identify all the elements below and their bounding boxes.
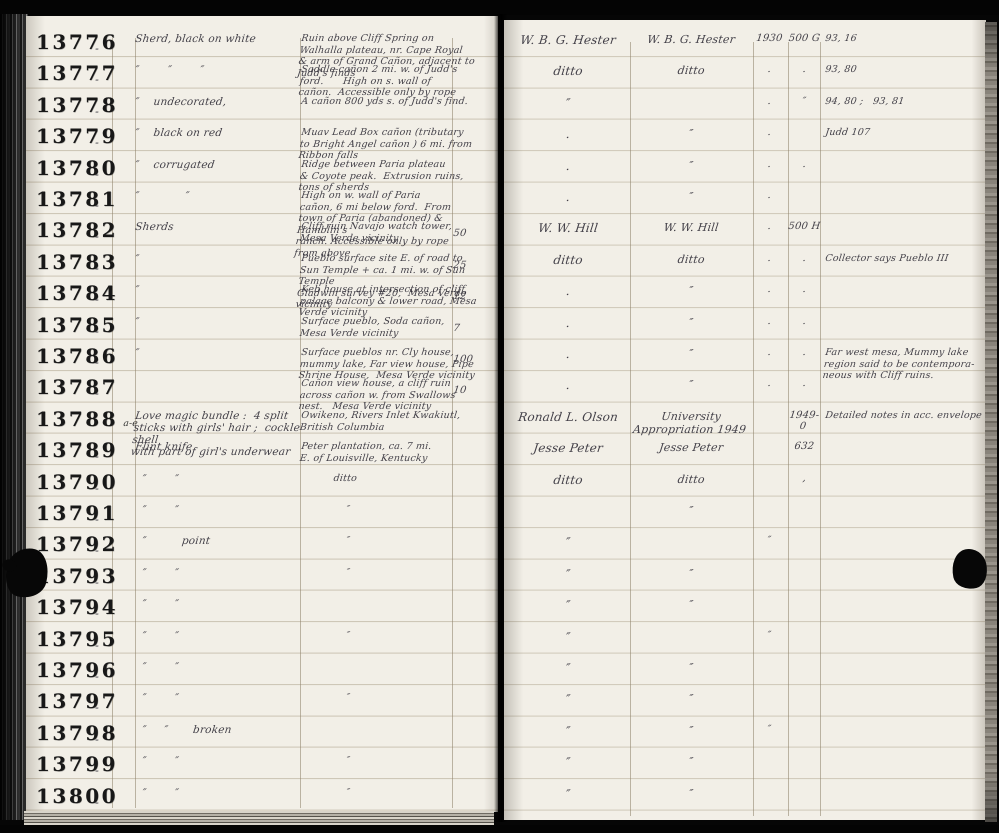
entry-check-mark: - [94,796,116,809]
entry-check-mark: - [94,701,116,714]
ledger-row: ditto ditto . . 93, 80 [504,61,986,92]
object-description: ″ ″ [135,190,304,202]
ledger-row: 13792 - ″ point ″ [26,532,498,563]
book-spine-page-edges [0,14,28,820]
photo-bottom-border [0,825,999,833]
entry-check-mark: - [94,639,116,652]
entry-check-mark: - [94,105,116,118]
specimen-count: 100 [453,354,490,365]
photo-top-border [0,0,999,15]
ledger-row: Ronald L. Olson University Appropriation… [504,407,986,438]
entry-check-mark: - [94,136,116,149]
ledger-row: ″ ″ [504,627,986,658]
received-from: ditto [628,473,754,486]
object-description: ″ ″ broken [135,724,304,736]
locality: Peter plantation, ca. 7 mi. E. of Louisv… [299,441,480,464]
object-description: ″ black on red [135,127,304,139]
accession-number: 632 [787,441,822,452]
collector-name: . [506,316,630,330]
entry-check-mark: - [94,764,116,777]
ledger-row: . ″ . [504,187,986,218]
entry-check-mark: - [94,387,116,400]
received-from: W. B. G. Hester [628,33,754,46]
remarks: Detailed notes in acc. envelope [825,410,992,422]
year: ″ [753,630,786,641]
collector-name: ″ [506,630,630,644]
object-description: ″ [135,347,304,359]
year: . [753,127,786,138]
collector-name: Ronald L. Olson [506,410,630,424]
year: . [753,221,786,232]
year: . [753,96,786,107]
received-from: ″ [628,190,754,203]
locality: A cañon 800 yds s. of Judd's find. [301,96,480,108]
entry-check-mark: - [94,513,116,526]
received-from: ″ [628,692,754,705]
accession-number: 500 H [787,221,822,232]
received-from: ″ [628,378,754,391]
accession-number: , [787,473,822,484]
ledger-row: 13796 - ″ ″ [26,658,498,689]
ledger-row: 13777 - ″ ″ ″ Saddle cañon 2 mi. w. of J… [26,61,498,92]
received-from: ″ [628,284,754,297]
entry-check-mark: - [94,230,116,243]
ledger-right-page: W. B. G. Hester W. B. G. Hester 1930 500… [504,20,986,820]
ledger-row: 13794 - ″ ″ [26,595,498,626]
entry-check-mark: - [94,450,116,463]
object-description: ″ undecorated, [135,96,304,108]
entry-check-mark: - [94,199,116,212]
ledger-row: ditto ditto , [504,470,986,501]
object-description: ″ ″ [135,504,304,516]
ledger-row: 13800 - ″ ″ ″ [26,784,498,815]
entry-check-mark: - [94,576,116,589]
year: . [753,159,786,170]
collector-name: . [506,159,630,173]
page-fore-edge [985,22,997,822]
year: . [753,253,786,264]
ledger-row: . ″ . . [504,375,986,406]
entry-check-mark: - [94,544,116,557]
locality: ditto [301,473,480,485]
entry-check-mark: - [94,73,116,86]
received-from: ″ [628,504,754,517]
locality: Owikeno, Rivers Inlet Kwakiutl, British … [299,410,480,433]
remarks: 93, 80 [825,64,992,76]
entry-check-mark: - [94,42,116,55]
locality: ″ [301,755,480,767]
ledger-row: 13797 - ″ ″ ″ [26,689,498,720]
object-description: Sherd, black on white [135,33,304,45]
object-description: Flint knife [135,441,304,453]
ledger-row: ″ ″ [504,784,986,815]
collector-name: ditto [506,473,630,487]
object-description: ″ ″ [135,598,304,610]
specimen-count: 25 [453,260,490,271]
ledger-row: ″ ″ [504,532,986,563]
object-description: ″ ″ [135,692,304,704]
collector-name: ″ [506,598,630,612]
received-from: ″ [628,316,754,329]
locality: ″ [301,630,480,642]
ledger-row: ″ [504,501,986,532]
ledger-row: ″ . ″ 94, 80 ; 93, 81 [504,93,986,124]
entry-check-mark: - [94,733,116,746]
received-from: ditto [628,253,754,266]
year: ″ [753,724,786,735]
received-from: Jesse Peter [628,441,754,454]
ledger-row: 13789 - Flint knife Peter plantation, ca… [26,438,498,469]
received-from: ″ [628,755,754,768]
remarks: 93, 16 [825,33,992,45]
accession-number: . [787,378,822,389]
ledger-row: 13784 - ″ Keb house at intersection of c… [26,281,498,312]
ledger-row: 13786 - ″ Surface pueblos nr. Cly house,… [26,344,498,375]
received-from: ″ [628,567,754,580]
accession-number: 500 G [787,33,822,44]
entry-check-mark: - [94,293,116,306]
received-from: ditto [628,64,754,77]
received-from: ″ [628,127,754,140]
received-from: University Appropriation 1949 [627,410,754,436]
ledger-row: ″ ″ [504,752,986,783]
accession-number: . [787,64,822,75]
accession-number: . [787,284,822,295]
collector-name: ″ [506,724,630,738]
accession-number: ″ [787,96,822,107]
accession-number: . [787,316,822,327]
ledger-row: 13793 - ″ ″ ″ [26,564,498,595]
ledger-row: 13795 - ″ ″ ″ [26,627,498,658]
ledger-row: 13781 - ″ ″ High on w. wall of Paria cañ… [26,187,498,218]
ledger-row: 13782 - Sherds Cliff ruin Navajo watch t… [26,218,498,249]
ledger-row: ditto ditto . . Collector says Pueblo II… [504,250,986,281]
object-description: ″ ″ [135,787,304,799]
year: . [753,316,786,327]
collector-name: ″ [506,535,630,549]
ledger-row: 13790 - ″ ″ ditto [26,470,498,501]
ledger-row: . ″ . . [504,156,986,187]
object-description: ″ ″ [135,630,304,642]
entry-check-mark: - [94,325,116,338]
year: . [753,64,786,75]
specimen-count: 10 [453,385,490,396]
received-from: ″ [628,159,754,172]
specimen-count: 7 [453,323,490,334]
ledger-row: ″ ″ [504,658,986,689]
ledger-left-page: 13776 - Sherd, black on white Ruin above… [26,16,498,812]
ledger-row: 13788 a-e Love magic bundle : 4 split st… [26,407,498,438]
collector-name: Jesse Peter [506,441,630,455]
ledger-row: W. B. G. Hester W. B. G. Hester 1930 500… [504,30,986,61]
ledger-row: . ″ . . [504,281,986,312]
entry-check-mark: - [94,168,116,181]
ledger-row: . ″ . Judd 107 [504,124,986,155]
ledger-row: 13791 - ″ ″ ″ [26,501,498,532]
year: . [753,284,786,295]
accession-number: . [787,253,822,264]
ledger-row: Jesse Peter Jesse Peter 632 [504,438,986,469]
ledger-row: W. W. Hill W. W. Hill . 500 H [504,218,986,249]
ledger-scan: 13776 - Sherd, black on white Ruin above… [0,0,999,833]
accession-number: 1949-0 [785,410,822,432]
entry-check-mark: - [94,482,116,495]
accession-number: . [787,159,822,170]
object-description: ″ ″ [135,473,304,485]
ledger-row: 13787 - Cañon view house, a cliff ruin a… [26,375,498,406]
received-from: ″ [628,598,754,611]
collector-name: ″ [506,661,630,675]
accession-number: . [787,347,822,358]
year: . [753,347,786,358]
collector-name: ″ [506,787,630,801]
received-from: ″ [628,661,754,674]
entry-check-mark: - [94,607,116,620]
collector-name: ″ [506,755,630,769]
remarks: Judd 107 [825,127,992,139]
entry-check-mark: - [94,262,116,275]
bottom-page-stack [24,811,494,826]
received-from: ″ [628,787,754,800]
object-description: ″ ″ ″ [135,64,304,76]
collector-name: ditto [506,253,630,267]
locality: ″ [301,535,480,547]
specimen-count: 50 [453,228,490,239]
ledger-row: 13778 - ″ undecorated, A cañon 800 yds s… [26,93,498,124]
ledger-row: 13783 - ″ Pueblo surface site E. of road… [26,250,498,281]
collector-name: . [506,347,630,361]
collector-name: . [506,378,630,392]
ledger-row: 13799 - ″ ″ ″ [26,752,498,783]
year: . [753,190,786,201]
object-description: Sherds [135,221,304,233]
entry-check-mark: - [94,670,116,683]
collector-name: ditto [506,64,630,78]
locality: ″ [301,692,480,704]
ledger-row: 13798 - ″ ″ broken [26,721,498,752]
object-description: ″ [135,253,304,265]
object-description: ″ [135,284,304,296]
ledger-row: 13780 - ″ corrugated Ridge between Paria… [26,156,498,187]
received-from: ″ [628,724,754,737]
ledger-row: 13776 - Sherd, black on white Ruin above… [26,30,498,61]
collector-name: . [506,284,630,298]
ledger-row: ″ ″ ″ [504,721,986,752]
collector-name: ″ [506,692,630,706]
object-description: ″ corrugated [135,159,304,171]
ledger-row: . ″ . . Far west mesa, Mummy lake region… [504,344,986,375]
collector-name: W. B. G. Hester [506,33,630,47]
collector-name: . [506,127,630,141]
locality: ″ [301,787,480,799]
year: . [753,378,786,389]
entry-check-mark: - [94,356,116,369]
catalog-number: 13788 [36,407,128,431]
collector-name: . [506,190,630,204]
ledger-row: ″ ″ [504,564,986,595]
ledger-row: ″ ″ [504,689,986,720]
collector-name: ″ [506,567,630,581]
received-from: W. W. Hill [628,221,754,234]
ledger-row: . ″ . . [504,313,986,344]
object-description: ″ [135,316,304,328]
remarks: Collector says Pueblo III [825,253,992,265]
year: ″ [753,535,786,546]
received-from: ″ [628,347,754,360]
collector-name: W. W. Hill [506,221,630,235]
collector-name: ″ [506,96,630,110]
locality: ″ [301,567,480,579]
year: 1930 [753,33,786,44]
object-description: ″ ″ [135,661,304,673]
object-description: ″ ″ [135,567,304,579]
locality: ″ [301,504,480,516]
object-description: ″ ″ [135,755,304,767]
remarks: 94, 80 ; 93, 81 [825,96,992,108]
specimen-count: 12 [453,291,490,302]
ledger-row: 13779 - ″ black on red Muav Lead Box cañ… [26,124,498,155]
object-description: ″ point [135,535,304,547]
ledger-row: 13785 - ″ Surface pueblo, Soda cañon, Me… [26,313,498,344]
ledger-row: ″ ″ [504,595,986,626]
